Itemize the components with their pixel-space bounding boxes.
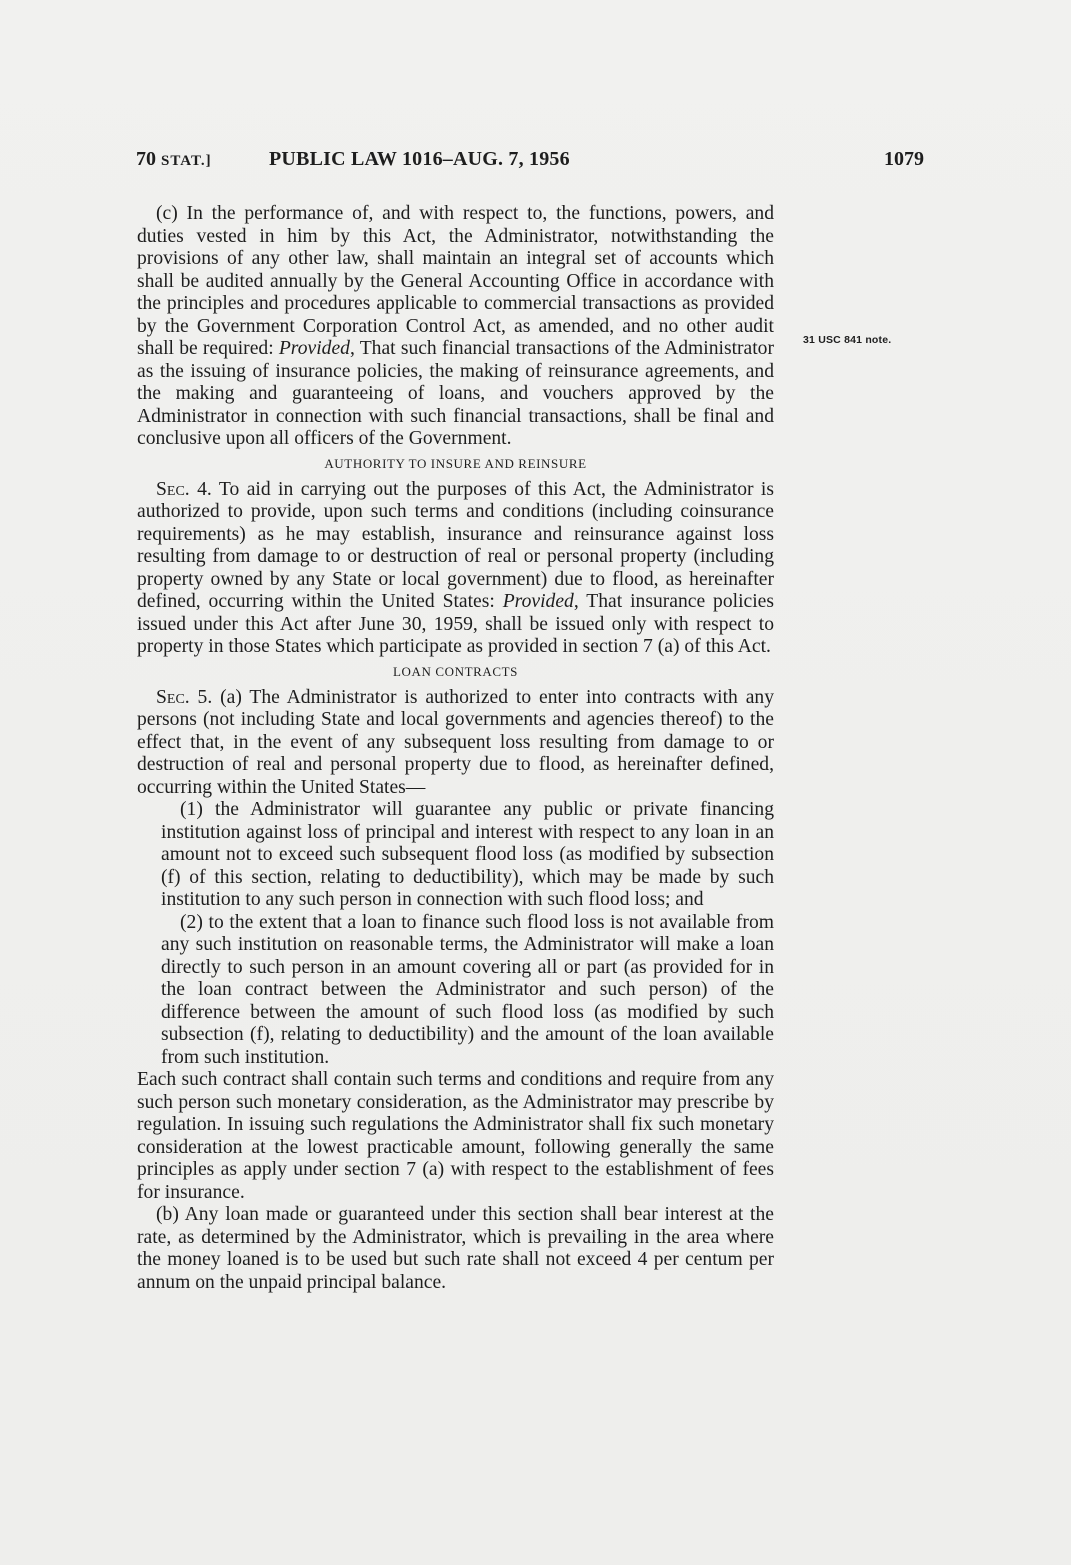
law-title: PUBLIC LAW 1016–AUG. 7, 1956 [269, 148, 570, 171]
page-number: 1079 [884, 148, 924, 171]
paragraph-b: (b) Any loan made or guaranteed under th… [137, 1204, 774, 1294]
text-span: (a) The Administrator is authorized to e… [137, 687, 774, 798]
running-header: 70 STAT.] PUBLIC LAW 1016–AUG. 7, 1956 1… [136, 148, 924, 178]
paragraph-c: (c) In the performance of, and with resp… [137, 203, 774, 451]
paragraph-sec4: Sec. 4. To aid in carrying out the purpo… [137, 479, 774, 659]
section-label: Sec. 5. [156, 687, 212, 708]
section-heading-loan-contracts: LOAN CONTRACTS [137, 661, 774, 683]
document-page: 70 STAT.] PUBLIC LAW 1016–AUG. 7, 1956 1… [0, 0, 1071, 1565]
body-text: (c) In the performance of, and with resp… [137, 203, 774, 1294]
text-span: (c) In the performance of, and with resp… [137, 203, 774, 359]
italic-provided: Provided [279, 338, 350, 359]
margin-citation: 31 USC 841 note. [803, 334, 891, 346]
volume-label: STAT.] [161, 153, 212, 169]
italic-provided: Provided [503, 591, 574, 612]
section-label: Sec. 4. [156, 479, 212, 500]
paragraph-sec5a: Sec. 5. (a) The Administrator is authori… [137, 687, 774, 800]
paragraph-each-contract: Each such contract shall contain such te… [137, 1069, 774, 1204]
list-item-2: (2) to the extent that a loan to finance… [161, 912, 774, 1070]
statute-volume: 70 STAT.] [136, 148, 212, 171]
volume-number: 70 [136, 148, 156, 170]
list-item-1: (1) the Administrator will guarantee any… [161, 799, 774, 912]
section-heading-authority: AUTHORITY TO INSURE AND REINSURE [137, 453, 774, 475]
